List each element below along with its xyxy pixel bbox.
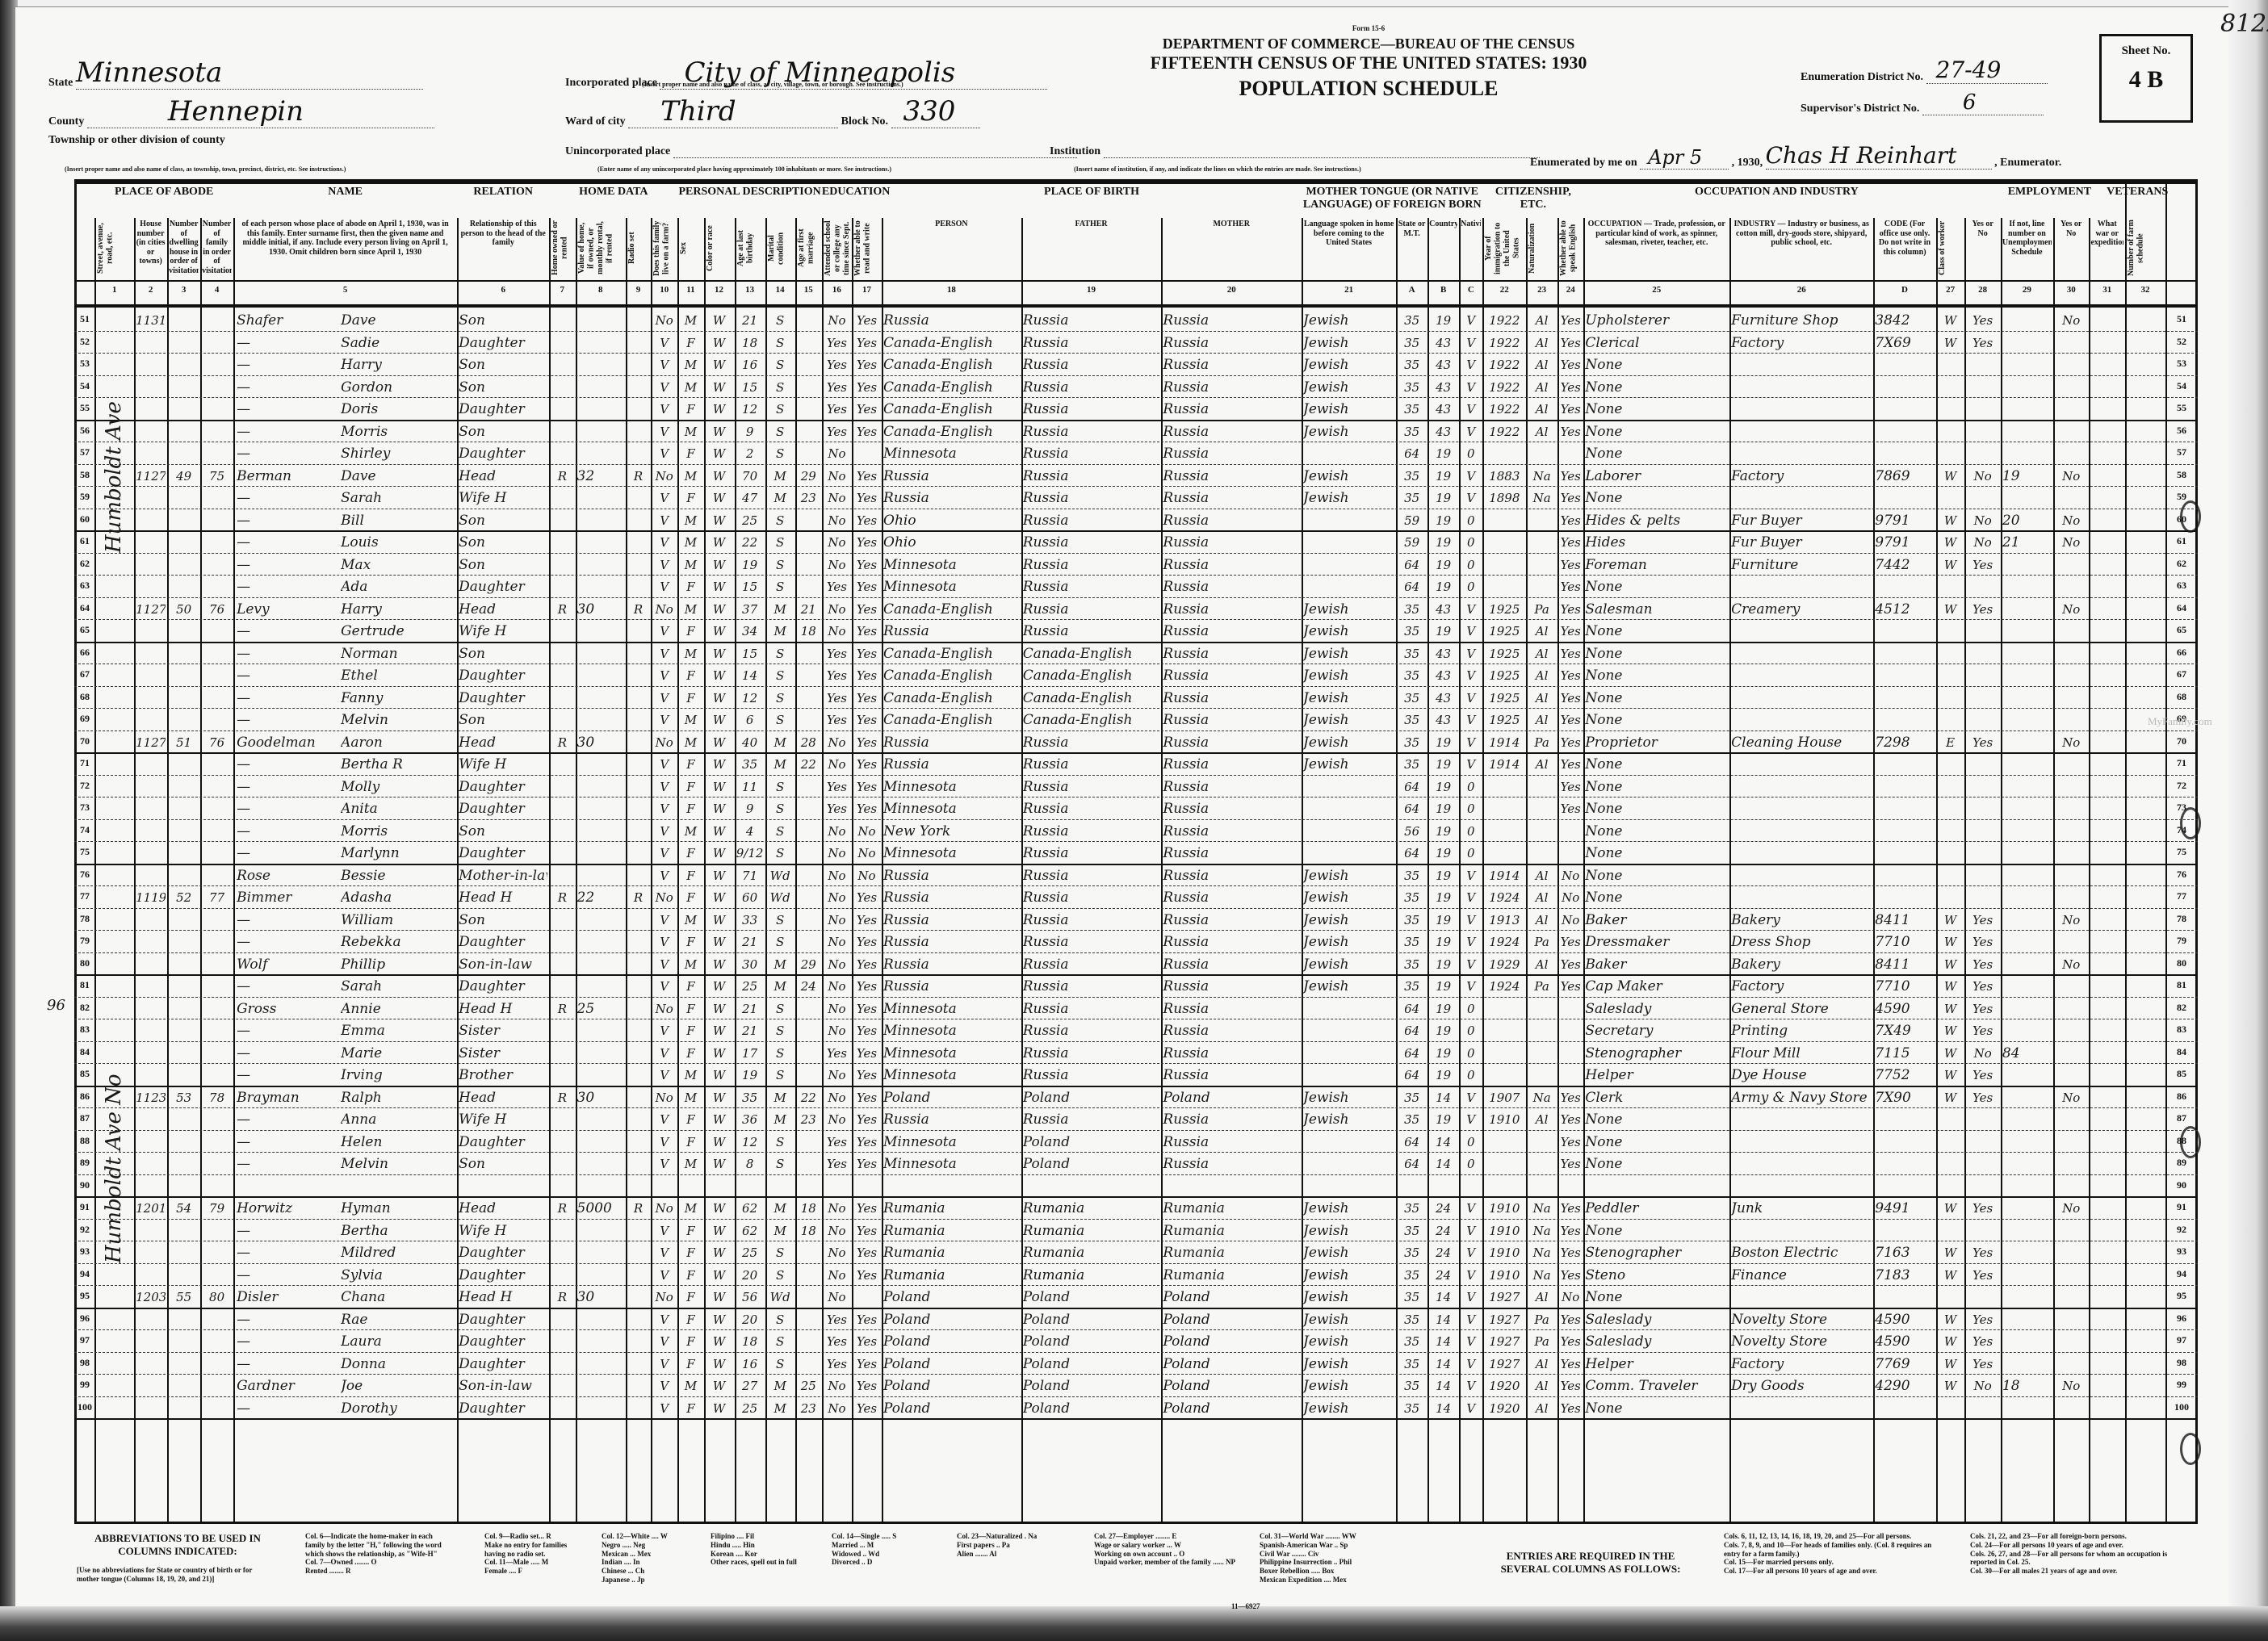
- race-cell: W: [706, 1086, 733, 1107]
- code-cell: 4290: [1875, 1374, 1934, 1396]
- house-cell: [136, 797, 166, 818]
- father-cell: Russia: [1023, 1107, 1160, 1129]
- cc-cell: 0: [1461, 841, 1481, 863]
- line-number: 98: [74, 1357, 95, 1369]
- relation-cell: Daughter: [459, 1352, 547, 1374]
- section-title: MOTHER TONGUE (OR NATIVE LANGUAGE) OF FO…: [1302, 186, 1482, 211]
- eng-cell: Yes: [1559, 1130, 1582, 1152]
- dwelling-cell: [169, 974, 199, 996]
- block-label: Block No.: [841, 115, 888, 128]
- sex-cell: M: [679, 642, 702, 664]
- relation-cell: Son: [459, 1152, 547, 1174]
- war-cell: [2090, 442, 2123, 463]
- ca-cell: 64: [1398, 797, 1426, 818]
- nat-cell: [1528, 841, 1556, 863]
- war-cell: [2090, 664, 2123, 685]
- line-number-right: 82: [2165, 1002, 2198, 1014]
- cls-cell: W: [1938, 1196, 1964, 1218]
- line-number: 84: [74, 1046, 95, 1058]
- cls-cell: W: [1938, 1063, 1964, 1085]
- ind-cell: [1731, 1174, 1872, 1196]
- owned-cell: [551, 420, 573, 442]
- surname-cell: —: [237, 375, 337, 397]
- vet-cell: [2055, 420, 2088, 442]
- enumerated-field: Enumerated by me on Apr 5 , 1930, Chas H…: [1530, 142, 2061, 170]
- sex-cell: F: [679, 1241, 702, 1262]
- immig-cell: 1922: [1484, 375, 1524, 397]
- institution-field: Institution: [1050, 145, 1540, 158]
- cb-cell: 14: [1429, 1374, 1457, 1396]
- vet-cell: [2055, 1041, 2088, 1063]
- school-cell: No: [824, 486, 850, 508]
- lang-cell: [1303, 1063, 1394, 1085]
- unemp-cell: [2002, 752, 2052, 774]
- unemp-cell: [2002, 997, 2052, 1019]
- surname-cell: —: [237, 1152, 337, 1174]
- cls-cell: [1938, 1174, 1964, 1196]
- father-cell: Russia: [1023, 930, 1160, 952]
- farm-cell: V: [652, 553, 676, 575]
- code-cell: [1875, 1152, 1934, 1174]
- ca-cell: 59: [1398, 509, 1426, 530]
- given-name-cell: Fanny: [341, 686, 457, 708]
- vet-cell: No: [2055, 952, 2088, 974]
- race-cell: W: [706, 1308, 733, 1329]
- line-number-right: 66: [2165, 647, 2198, 659]
- unemp-cell: [2002, 1174, 2052, 1196]
- mother-cell: Russia: [1163, 864, 1300, 885]
- relation-cell: Son-in-law: [459, 1374, 547, 1396]
- relation-cell: Head: [459, 1086, 547, 1107]
- mother-cell: Rumania: [1163, 1219, 1300, 1241]
- nat-cell: Al: [1528, 375, 1556, 397]
- race-cell: W: [706, 442, 733, 463]
- owned-cell: [551, 930, 573, 952]
- read-cell: Yes: [853, 353, 880, 375]
- age-cell: 14: [736, 664, 764, 685]
- war-cell: [2090, 509, 2123, 530]
- line-number-right: 70: [2165, 735, 2198, 747]
- lang-cell: [1303, 1174, 1394, 1196]
- cc-cell: V: [1461, 1219, 1481, 1241]
- occ-cell: None: [1585, 375, 1728, 397]
- surname-cell: —: [237, 664, 337, 685]
- surname-cell: Berman: [237, 464, 337, 486]
- race-cell: W: [706, 575, 733, 597]
- nat-cell: Pa: [1528, 974, 1556, 996]
- war-cell: [2090, 530, 2123, 552]
- line-number-right: 85: [2165, 1068, 2198, 1080]
- cc-cell: 0: [1461, 1041, 1481, 1063]
- birth-cell: Minnesota: [883, 1063, 1020, 1085]
- owned-cell: [551, 775, 573, 797]
- mother-cell: Poland: [1163, 1396, 1300, 1418]
- surname-cell: —: [237, 509, 337, 530]
- ind-cell: [1731, 708, 1872, 730]
- abbreviations-note: [Use no abbreviations for State or count…: [77, 1566, 262, 1584]
- radio-cell: [627, 1219, 649, 1241]
- entries-required-b: Cols. 21, 22, and 23—For all foreign-bor…: [1970, 1532, 2188, 1576]
- column-header-emp-yes: Yes or No: [1966, 220, 1999, 277]
- age-mar-cell: [797, 642, 820, 664]
- radio-cell: [627, 908, 649, 930]
- abbrev-col12: Col. 12—White .... W Negro ..... Neg Mex…: [602, 1532, 698, 1584]
- relation-cell: Son: [459, 642, 547, 664]
- father-cell: Canada-English: [1023, 664, 1160, 685]
- family-cell: [202, 819, 232, 841]
- ind-cell: Junk: [1731, 1196, 1872, 1218]
- war-cell: [2090, 597, 2123, 619]
- farm-cell: V: [652, 819, 676, 841]
- sex-cell: F: [679, 1352, 702, 1374]
- school-cell: No: [824, 442, 850, 463]
- work-cell: [1966, 686, 1999, 708]
- dwelling-cell: [169, 775, 199, 797]
- ca-cell: 35: [1398, 1263, 1426, 1285]
- school-cell: No: [824, 1241, 850, 1262]
- value-cell: [577, 864, 624, 885]
- age-mar-cell: 24: [797, 974, 820, 996]
- war-cell: [2090, 553, 2123, 575]
- house-cell: [136, 908, 166, 930]
- unemp-cell: [2002, 686, 2052, 708]
- lang-cell: Jewish: [1303, 597, 1394, 619]
- cc-cell: V: [1461, 486, 1481, 508]
- vet-cell: [2055, 885, 2088, 907]
- age-cell: 36: [736, 1107, 764, 1129]
- farm-cell: V: [652, 1219, 676, 1241]
- sex-cell: M: [679, 509, 702, 530]
- father-cell: Russia: [1023, 464, 1160, 486]
- dwelling-cell: [169, 509, 199, 530]
- race-cell: W: [706, 841, 733, 863]
- line-number-right: 80: [2165, 957, 2198, 969]
- birth-cell: Russia: [883, 730, 1020, 752]
- father-cell: Russia: [1023, 819, 1160, 841]
- line-number: 79: [74, 935, 95, 947]
- read-cell: [853, 1174, 880, 1196]
- family-cell: [202, 575, 232, 597]
- radio-cell: [627, 1107, 649, 1129]
- father-cell: Canada-English: [1023, 642, 1160, 664]
- column-header-age-marriage: Age at first marriage: [797, 220, 820, 277]
- vet-cell: No: [2055, 597, 2088, 619]
- birth-cell: Poland: [883, 1329, 1020, 1351]
- line-number-right: 89: [2165, 1157, 2198, 1169]
- owned-cell: [551, 841, 573, 863]
- owned-cell: [551, 530, 573, 552]
- relation-cell: Daughter: [459, 442, 547, 463]
- family-cell: [202, 1063, 232, 1085]
- section-title: RELATION: [457, 186, 549, 199]
- line-number: 73: [74, 802, 95, 814]
- work-cell: [1966, 642, 1999, 664]
- race-cell: [706, 1174, 733, 1196]
- nat-cell: [1528, 819, 1556, 841]
- given-name-cell: Bertha R: [341, 752, 457, 774]
- marital-cell: S: [767, 708, 794, 730]
- column-number: 2: [134, 285, 167, 295]
- house-cell: [136, 930, 166, 952]
- surname-cell: —: [237, 575, 337, 597]
- sex-cell: M: [679, 308, 702, 330]
- cc-cell: 0: [1461, 509, 1481, 530]
- mother-cell: Russia: [1163, 464, 1300, 486]
- farm-cell: V: [652, 1329, 676, 1351]
- ind-cell: [1731, 819, 1872, 841]
- owned-cell: [551, 752, 573, 774]
- cb-cell: 14: [1429, 1152, 1457, 1174]
- sex-cell: F: [679, 885, 702, 907]
- war-cell: [2090, 930, 2123, 952]
- eng-cell: Yes: [1559, 1352, 1582, 1374]
- family-cell: [202, 420, 232, 442]
- code-cell: 7869: [1875, 464, 1934, 486]
- house-cell: [136, 442, 166, 463]
- read-cell: Yes: [853, 686, 880, 708]
- house-cell: [136, 1329, 166, 1351]
- father-cell: Russia: [1023, 353, 1160, 375]
- relation-cell: Head: [459, 1196, 547, 1218]
- war-cell: [2090, 1285, 2123, 1307]
- read-cell: Yes: [853, 775, 880, 797]
- unemp-cell: [2002, 486, 2052, 508]
- relation-cell: Head H: [459, 885, 547, 907]
- ind-cell: Furniture Shop: [1731, 308, 1872, 330]
- unemp-cell: [2002, 1352, 2052, 1374]
- owned-cell: [551, 686, 573, 708]
- mother-cell: Russia: [1163, 1041, 1300, 1063]
- read-cell: Yes: [853, 885, 880, 907]
- eng-cell: Yes: [1559, 930, 1582, 952]
- cc-cell: 0: [1461, 442, 1481, 463]
- ward-value: Third: [660, 95, 736, 128]
- value-cell: [577, 1219, 624, 1241]
- age-cell: 15: [736, 575, 764, 597]
- father-cell: Russia: [1023, 509, 1160, 530]
- farm-cell: V: [652, 509, 676, 530]
- dwelling-cell: [169, 797, 199, 818]
- radio-cell: [627, 1086, 649, 1107]
- age-mar-cell: [797, 530, 820, 552]
- cls-cell: W: [1938, 930, 1964, 952]
- scan-bottom-edge: [0, 1606, 2268, 1641]
- owned-cell: R: [551, 464, 573, 486]
- cls-cell: [1938, 397, 1964, 419]
- lang-cell: [1303, 841, 1394, 863]
- birth-cell: Rumania: [883, 1263, 1020, 1285]
- marital-cell: S: [767, 308, 794, 330]
- cb-cell: 14: [1429, 1130, 1457, 1152]
- occ-cell: Proprietor: [1585, 730, 1728, 752]
- column-number: 21: [1302, 285, 1396, 295]
- read-cell: Yes: [853, 397, 880, 419]
- line-number: 87: [74, 1112, 95, 1124]
- marital-cell: M: [767, 1396, 794, 1418]
- cc-cell: V: [1461, 308, 1481, 330]
- nat-cell: Al: [1528, 1352, 1556, 1374]
- cls-cell: W: [1938, 597, 1964, 619]
- dwelling-cell: [169, 1174, 199, 1196]
- age-mar-cell: [797, 864, 820, 885]
- dwelling-cell: [169, 1263, 199, 1285]
- eng-cell: Yes: [1559, 486, 1582, 508]
- column-header-house: House number (in cities or towns): [136, 220, 166, 277]
- column-header-relation: Relationship of this person to the head …: [459, 220, 547, 277]
- house-cell: [136, 997, 166, 1019]
- given-name-cell: Louis: [341, 530, 457, 552]
- cls-cell: [1938, 375, 1964, 397]
- vet-cell: [2055, 353, 2088, 375]
- code-cell: 8411: [1875, 908, 1934, 930]
- line-number-right: 91: [2165, 1201, 2198, 1213]
- cb-cell: 19: [1429, 952, 1457, 974]
- sex-cell: F: [679, 974, 702, 996]
- ind-cell: Army & Navy Store: [1731, 1086, 1872, 1107]
- cb-cell: 14: [1429, 1352, 1457, 1374]
- column-number: 19: [1021, 285, 1162, 295]
- father-cell: Poland: [1023, 1152, 1160, 1174]
- mother-cell: Russia: [1163, 1107, 1300, 1129]
- work-cell: Yes: [1966, 1196, 1999, 1218]
- institution-label: Institution: [1050, 145, 1100, 157]
- school-cell: No: [824, 1219, 850, 1241]
- school-cell: No: [824, 597, 850, 619]
- owned-cell: [551, 708, 573, 730]
- lang-cell: Jewish: [1303, 331, 1394, 353]
- scan-right-edge: [2228, 0, 2268, 1641]
- school-cell: Yes: [824, 575, 850, 597]
- nat-cell: Na: [1528, 1196, 1556, 1218]
- column-header-code-b: Country: [1429, 220, 1457, 277]
- relation-cell: Daughter: [459, 1308, 547, 1329]
- war-cell: [2090, 775, 2123, 797]
- race-cell: W: [706, 1241, 733, 1262]
- family-cell: [202, 308, 232, 330]
- nat-cell: Na: [1528, 1086, 1556, 1107]
- code-cell: 4590: [1875, 1329, 1934, 1351]
- father-cell: Russia: [1023, 841, 1160, 863]
- age-mar-cell: [797, 997, 820, 1019]
- line-number: 95: [74, 1290, 95, 1302]
- line-number-right: 60: [2165, 513, 2198, 525]
- owned-cell: [551, 1263, 573, 1285]
- mother-cell: Russia: [1163, 686, 1300, 708]
- line-number: 58: [74, 469, 95, 481]
- county-label: County: [48, 115, 84, 128]
- immig-cell: [1484, 1152, 1524, 1174]
- surname-cell: —: [237, 1329, 337, 1351]
- house-cell: [136, 353, 166, 375]
- lang-cell: Jewish: [1303, 1308, 1394, 1329]
- surname-cell: Rose: [237, 864, 337, 885]
- occ-cell: None: [1585, 1219, 1728, 1241]
- value-cell: [577, 930, 624, 952]
- relation-cell: Daughter: [459, 930, 547, 952]
- vet-cell: [2055, 1063, 2088, 1085]
- owned-cell: [551, 1174, 573, 1196]
- farm-cell: V: [652, 1396, 676, 1418]
- marital-cell: S: [767, 686, 794, 708]
- mother-cell: Rumania: [1163, 1196, 1300, 1218]
- work-cell: [1966, 885, 1999, 907]
- cb-cell: 43: [1429, 397, 1457, 419]
- cls-cell: [1938, 442, 1964, 463]
- owned-cell: [551, 952, 573, 974]
- lang-cell: Jewish: [1303, 952, 1394, 974]
- sex-cell: M: [679, 908, 702, 930]
- age-mar-cell: [797, 1241, 820, 1262]
- cb-cell: 43: [1429, 597, 1457, 619]
- cls-cell: [1938, 686, 1964, 708]
- surname-cell: —: [237, 1308, 337, 1329]
- house-cell: [136, 708, 166, 730]
- work-cell: [1966, 1285, 1999, 1307]
- sex-cell: F: [679, 1107, 702, 1129]
- enumerator-name: Chas H Reinhart: [1766, 142, 1957, 169]
- farm-cell: V: [652, 664, 676, 685]
- marital-cell: S: [767, 841, 794, 863]
- house-cell: [136, 952, 166, 974]
- vet-cell: [2055, 841, 2088, 863]
- given-name-cell: Doris: [341, 397, 457, 419]
- given-name-cell: Annie: [341, 997, 457, 1019]
- line-number: 90: [74, 1179, 95, 1191]
- radio-cell: [627, 1041, 649, 1063]
- abbrev-col14: Col. 14—Single ..... S Married ... M Wid…: [832, 1532, 945, 1567]
- column-number: 1: [94, 285, 134, 295]
- birth-cell: Canada-English: [883, 642, 1020, 664]
- line-number-right: 64: [2165, 602, 2198, 614]
- read-cell: Yes: [853, 1219, 880, 1241]
- war-cell: [2090, 1329, 2123, 1351]
- cc-cell: [1461, 1174, 1481, 1196]
- cb-cell: 19: [1429, 486, 1457, 508]
- cc-cell: V: [1461, 864, 1481, 885]
- ind-cell: [1731, 1107, 1872, 1129]
- occ-cell: None: [1585, 642, 1728, 664]
- cb-cell: 19: [1429, 1041, 1457, 1063]
- eng-cell: Yes: [1559, 353, 1582, 375]
- farm-cell: V: [652, 442, 676, 463]
- cls-cell: [1938, 775, 1964, 797]
- value-cell: [577, 1130, 624, 1152]
- radio-cell: [627, 1019, 649, 1040]
- father-cell: Poland: [1023, 1308, 1160, 1329]
- marital-cell: S: [767, 908, 794, 930]
- value-cell: [577, 1019, 624, 1040]
- nat-cell: Al: [1528, 686, 1556, 708]
- farm-cell: V: [652, 486, 676, 508]
- column-number: 24: [1557, 285, 1583, 295]
- cb-cell: 19: [1429, 730, 1457, 752]
- father-cell: Russia: [1023, 908, 1160, 930]
- relation-cell: Son: [459, 308, 547, 330]
- marital-cell: Wd: [767, 1285, 794, 1307]
- value-cell: [577, 575, 624, 597]
- dwelling-cell: 53: [169, 1086, 199, 1107]
- cls-cell: W: [1938, 1308, 1964, 1329]
- ind-cell: [1731, 775, 1872, 797]
- mother-cell: Russia: [1163, 908, 1300, 930]
- work-cell: [1966, 1107, 1999, 1129]
- father-cell: Rumania: [1023, 1241, 1160, 1262]
- column-number: 7: [549, 285, 575, 295]
- school-cell: Yes: [824, 1352, 850, 1374]
- line-number-right: 92: [2165, 1224, 2198, 1236]
- work-cell: Yes: [1966, 1352, 1999, 1374]
- age-cell: 70: [736, 464, 764, 486]
